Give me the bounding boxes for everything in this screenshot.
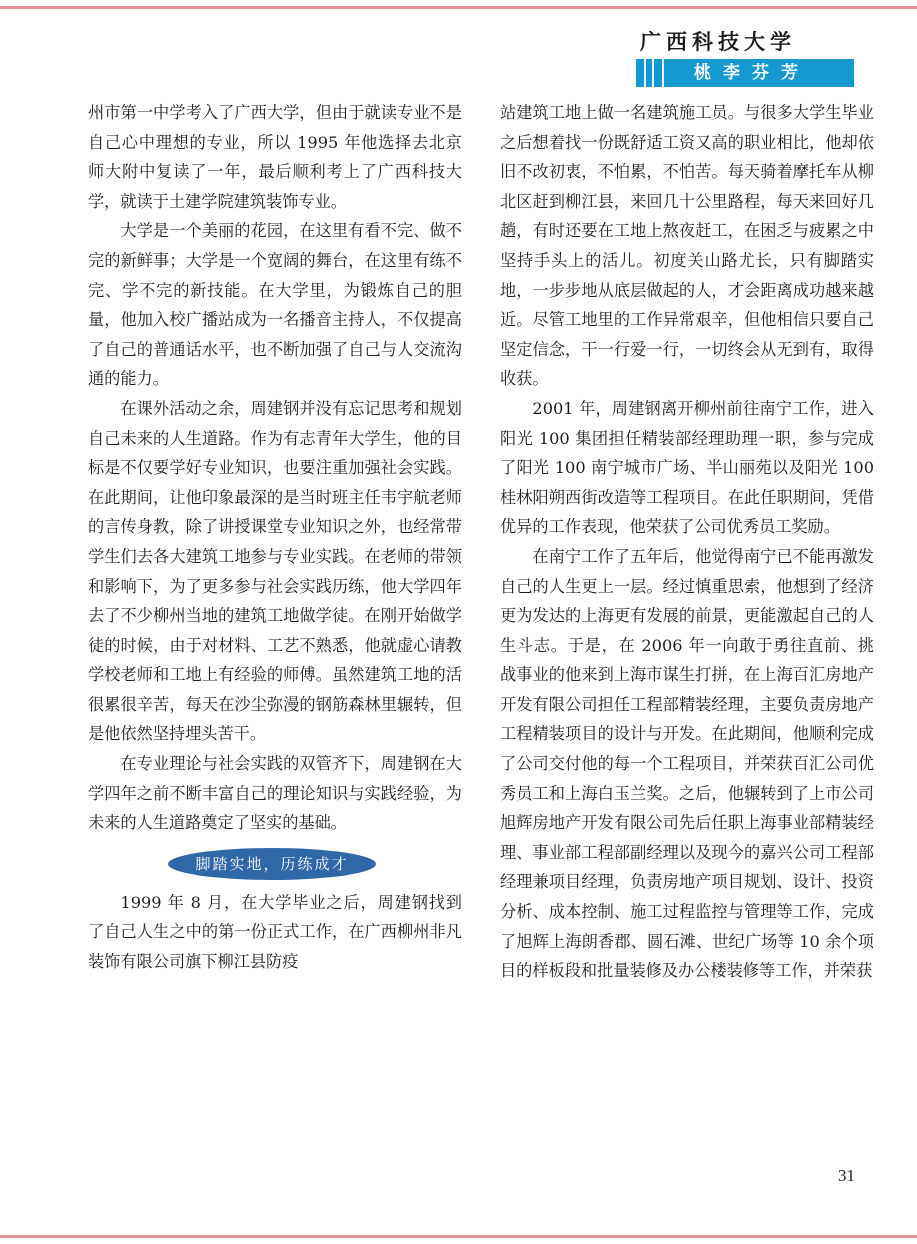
banner-stripe (662, 59, 664, 87)
paragraph: 在南宁工作了五年后，他觉得南宁已不能再激发自己的人生更上一层。经过慎重思索，他想… (500, 542, 874, 986)
paragraph: 站建筑工地上做一名建筑施工员。与很多大学生毕业之后想着找一份既舒适工资又高的职业… (500, 98, 874, 394)
banner-stripe (644, 59, 646, 87)
masthead: 广西科技大学 桃李芬芳 (640, 28, 855, 87)
paragraph: 2001 年，周建钢离开柳州前往南宁工作，进入阳光 100 集团担任精装部经理助… (500, 394, 874, 542)
subheading-pill: 脚踏实地，历练成才 (168, 848, 376, 880)
paragraph: 1999 年 8 月，在大学毕业之后，周建钢找到了自己人生之中的第一份正式工作，… (88, 888, 462, 977)
right-column: 站建筑工地上做一名建筑施工员。与很多大学生毕业之后想着找一份既舒适工资又高的职业… (500, 98, 874, 986)
paragraph: 在课外活动之余，周建钢并没有忘记思考和规划自己未来的人生道路。作为有志青年大学生… (88, 394, 462, 749)
paragraph: 在专业理论与社会实践的双管齐下，周建钢在大学四年之前不断丰富自己的理论知识与实践… (88, 749, 462, 838)
subheading-wrap: 脚踏实地，历练成才 (88, 842, 462, 886)
left-column: 州市第一中学考入了广西大学，但由于就读专业不是自己心中理想的专业，所以 1995… (88, 98, 462, 977)
school-name: 广西科技大学 (640, 28, 855, 56)
paragraph: 州市第一中学考入了广西大学，但由于就读专业不是自己心中理想的专业，所以 1995… (88, 98, 462, 216)
banner-stripe (652, 59, 654, 87)
section-label: 桃李芬芳 (694, 59, 810, 87)
top-rule (0, 6, 917, 9)
paragraph: 大学是一个美丽的花园，在这里有看不完、做不完的新鲜事；大学是一个宽阔的舞台，在这… (88, 216, 462, 394)
bottom-rule (0, 1235, 917, 1238)
section-banner: 桃李芬芳 (636, 59, 854, 87)
page-number: 31 (838, 1166, 855, 1186)
